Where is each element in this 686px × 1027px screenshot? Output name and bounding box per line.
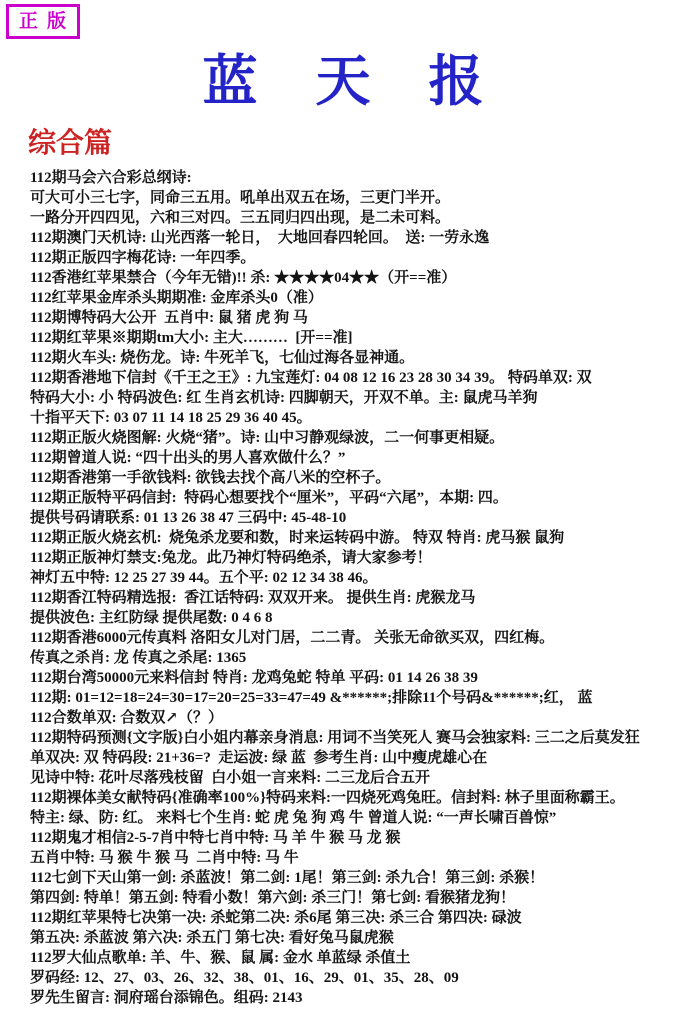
- report-line: 112期裸体美女献特码{准确率100%}特码来料:一四烧死鸡兔旺。信封料: 林子…: [30, 788, 682, 808]
- report-line: 112期香港第一手欲钱料: 欲钱去找个高八米的空杯子。: [30, 468, 682, 488]
- report-line: 112合数单双: 合数双↗（？）: [30, 708, 682, 728]
- report-line: 112香港红苹果禁合（今年无错)!! 杀: ★★★★04★★（开==准）: [30, 268, 682, 288]
- report-line: 112罗大仙点歌单: 羊、牛、猴、鼠 属: 金水 单蓝绿 杀值土: [30, 948, 682, 968]
- report-line: 112期红苹果特七决第一决: 杀蛇第二决: 杀6尾 第三决: 杀三合 第四决: …: [30, 908, 682, 928]
- report-line: 112期博特码大公开 五肖中: 鼠 猪 虎 狗 马: [30, 308, 682, 328]
- report-line: 罗先生留言: 洞府瑶台添锦色。组码: 2143: [30, 988, 682, 1008]
- report-line: 第五决: 杀蓝波 第六决: 杀五门 第七决: 看好兔马鼠虎猴: [30, 928, 682, 948]
- report-line: 112期马会六合彩总纲诗:: [30, 168, 682, 188]
- report-line: 112期正版火烧玄机: 烧兔杀龙要和数，时来运转码中游。 特双 特肖: 虎马猴 …: [30, 528, 682, 548]
- report-line: 112期鬼才相信2-5-7肖中特七肖中特: 马 羊 牛 猴 马 龙 猴: [30, 828, 682, 848]
- report-line: 提供号码请联系: 01 13 26 38 47 三码中: 45-48-10: [30, 508, 682, 528]
- report-line: 112期: 01=12=18=24=30=17=20=25=33=47=49 &…: [30, 688, 682, 708]
- report-line: 112期正版特平码信封: 特码心想要找个“厘米”，平码“六尾”，本期: 四。: [30, 488, 682, 508]
- report-line: 112期红苹果※期期tm大小: 主大……… [开==准]: [30, 328, 682, 348]
- lottery-tip-sheet: 正版 蓝天报 综合篇 112期马会六合彩总纲诗: 可大可小三七字，同命三五用。吼…: [0, 0, 686, 1027]
- report-line: 特码大小: 小 特码波色: 红 生肖玄机诗: 四脚朝天，开双不单。主: 鼠虎马羊…: [30, 388, 682, 408]
- report-line: 112期特码预测{文字版}白小姐内幕亲身消息: 用词不当笑死人 赛马会独家料: …: [30, 728, 682, 748]
- report-line: 112期正版火烧图解: 火烧“猪”。诗: 山中习静观绿波，二一何事更相疑。: [30, 428, 682, 448]
- report-line: 112七剑下天山第一剑: 杀蓝波！第二剑: 1尾！第三剑: 杀九合！第三剑: 杀…: [30, 868, 682, 888]
- report-line: 见诗中特: 花叶尽落残枝留 白小姐一言来料: 二三龙后合五开: [30, 768, 682, 788]
- report-line: 112期香江特码精选报: 香江话特码: 双双开来。 提供生肖: 虎猴龙马: [30, 588, 682, 608]
- report-line: 第四剑: 特单！第五剑: 特看小数！第六剑: 杀三门！第七剑: 看猴猪龙狗！: [30, 888, 682, 908]
- report-line: 112期台湾50000元来料信封 特肖: 龙鸡兔蛇 特单 平码: 01 14 2…: [30, 668, 682, 688]
- report-line: 特主: 绿、防: 红。 来料七个生肖: 蛇 虎 兔 狗 鸡 牛 曾道人说: “一…: [30, 808, 682, 828]
- report-line: 112期澳门天机诗: 山光西落一轮日， 大地回春四轮回。 送: 一劳永逸: [30, 228, 682, 248]
- report-line: 112红苹果金库杀头期期准: 金库杀头0（准）: [30, 288, 682, 308]
- report-line: 112期曾道人说: “四十出头的男人喜欢做什么？”: [30, 448, 682, 468]
- report-body: 112期马会六合彩总纲诗: 可大可小三七字，同命三五用。吼单出双五在场，三更门半…: [0, 168, 686, 1008]
- report-line: 可大可小三七字，同命三五用。吼单出双五在场，三更门半开。: [30, 188, 682, 208]
- report-line: 提供波色: 主红防绿 提供尾数: 0 4 6 8: [30, 608, 682, 628]
- report-line: 单双决: 双 特码段: 21+36=? 走运波: 绿 蓝 参考生肖: 山中瘦虎雄…: [30, 748, 682, 768]
- report-line: 五肖中特: 马 猴 牛 猴 马 二肖中特: 马 牛: [30, 848, 682, 868]
- report-line: 112期火车头: 烧伤龙。诗: 牛死羊飞，七仙过海各显神通。: [30, 348, 682, 368]
- report-line: 一路分开四四见，六和三对四。三五同归四出现，是二未可料。: [30, 208, 682, 228]
- report-line: 112期正版神灯禁支:兔龙。此乃神灯特码绝杀，请大家参考！: [30, 548, 682, 568]
- authenticity-badge: 正版: [6, 4, 80, 39]
- report-line: 112期香港地下信封《千王之王》: 九宝莲灯: 04 08 12 16 23 2…: [30, 368, 682, 388]
- report-title: 蓝天报: [0, 0, 686, 113]
- section-heading: 综合篇: [28, 129, 686, 160]
- report-line: 传真之杀肖: 龙 传真之杀尾: 1365: [30, 648, 682, 668]
- report-line: 112期正版四字梅花诗: 一年四季。: [30, 248, 682, 268]
- report-line: 罗码经: 12、27、03、26、32、38、01、16、29、01、35、28…: [30, 968, 682, 988]
- report-line: 112期香港6000元传真料 洛阳女儿对门居，二二青。 关张无命欲买双，四红梅。: [30, 628, 682, 648]
- report-line: 神灯五中特: 12 25 27 39 44。五个平: 02 12 34 38 4…: [30, 568, 682, 588]
- report-line: 十指平天下: 03 07 11 14 18 25 29 36 40 45。: [30, 408, 682, 428]
